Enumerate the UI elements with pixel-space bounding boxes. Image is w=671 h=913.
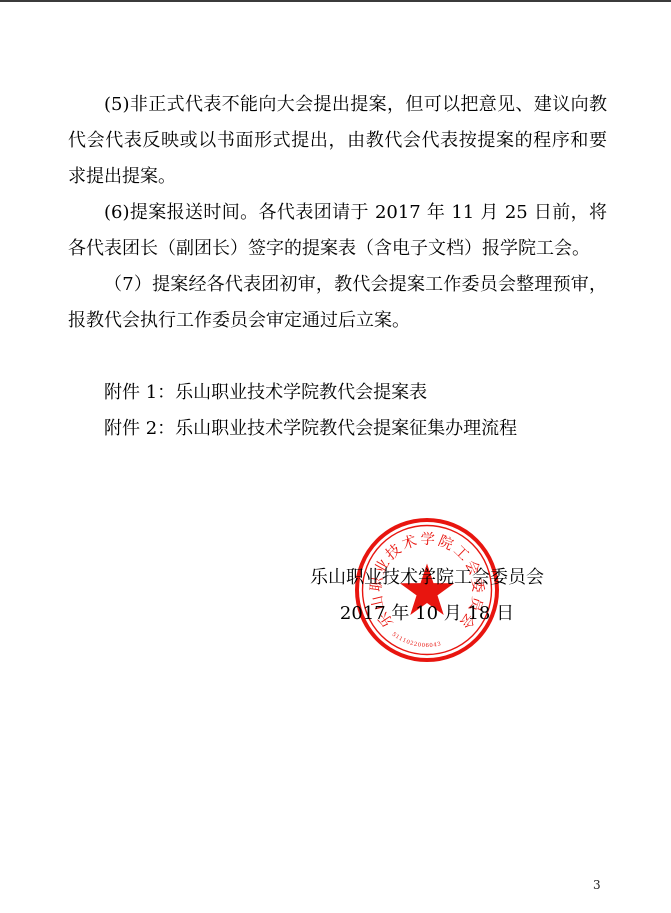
paragraph-item-5: (5)非正式代表不能向大会提出提案，但可以把意见、建议向教代会代表反映或以书面形… (68, 87, 607, 195)
signature-organization: 乐山职业技术学院工会委员会 (227, 560, 627, 596)
stamp-serial-number: 5111022006043 (391, 632, 442, 649)
page-number: 3 (593, 878, 601, 892)
paragraph-item-7: （7）提案经各代表团初审，教代会提案工作委员会整理预审，报教代会执行工作委员会审… (68, 267, 607, 339)
document-page: (5)非正式代表不能向大会提出提案，但可以把意见、建议向教代会代表反映或以书面形… (0, 0, 671, 913)
document-body: (5)非正式代表不能向大会提出提案，但可以把意见、建议向教代会代表反映或以书面形… (68, 87, 607, 447)
attachment-line-1: 附件 1：乐山职业技术学院教代会提案表 (68, 375, 607, 411)
stamp-serial-container: 5111022006043 (391, 632, 442, 649)
attachment-line-2: 附件 2：乐山职业技术学院教代会提案征集办理流程 (68, 411, 607, 447)
signature-date: 2017 年 10 月 18 日 (227, 596, 627, 632)
page-top-border (0, 0, 671, 2)
paragraph-item-6: (6)提案报送时间。各代表团请于 2017 年 11 月 25 日前，将各代表团… (68, 195, 607, 267)
signature-block: 乐山职业技术学院工会委员会 2017 年 10 月 18 日 (227, 560, 627, 632)
